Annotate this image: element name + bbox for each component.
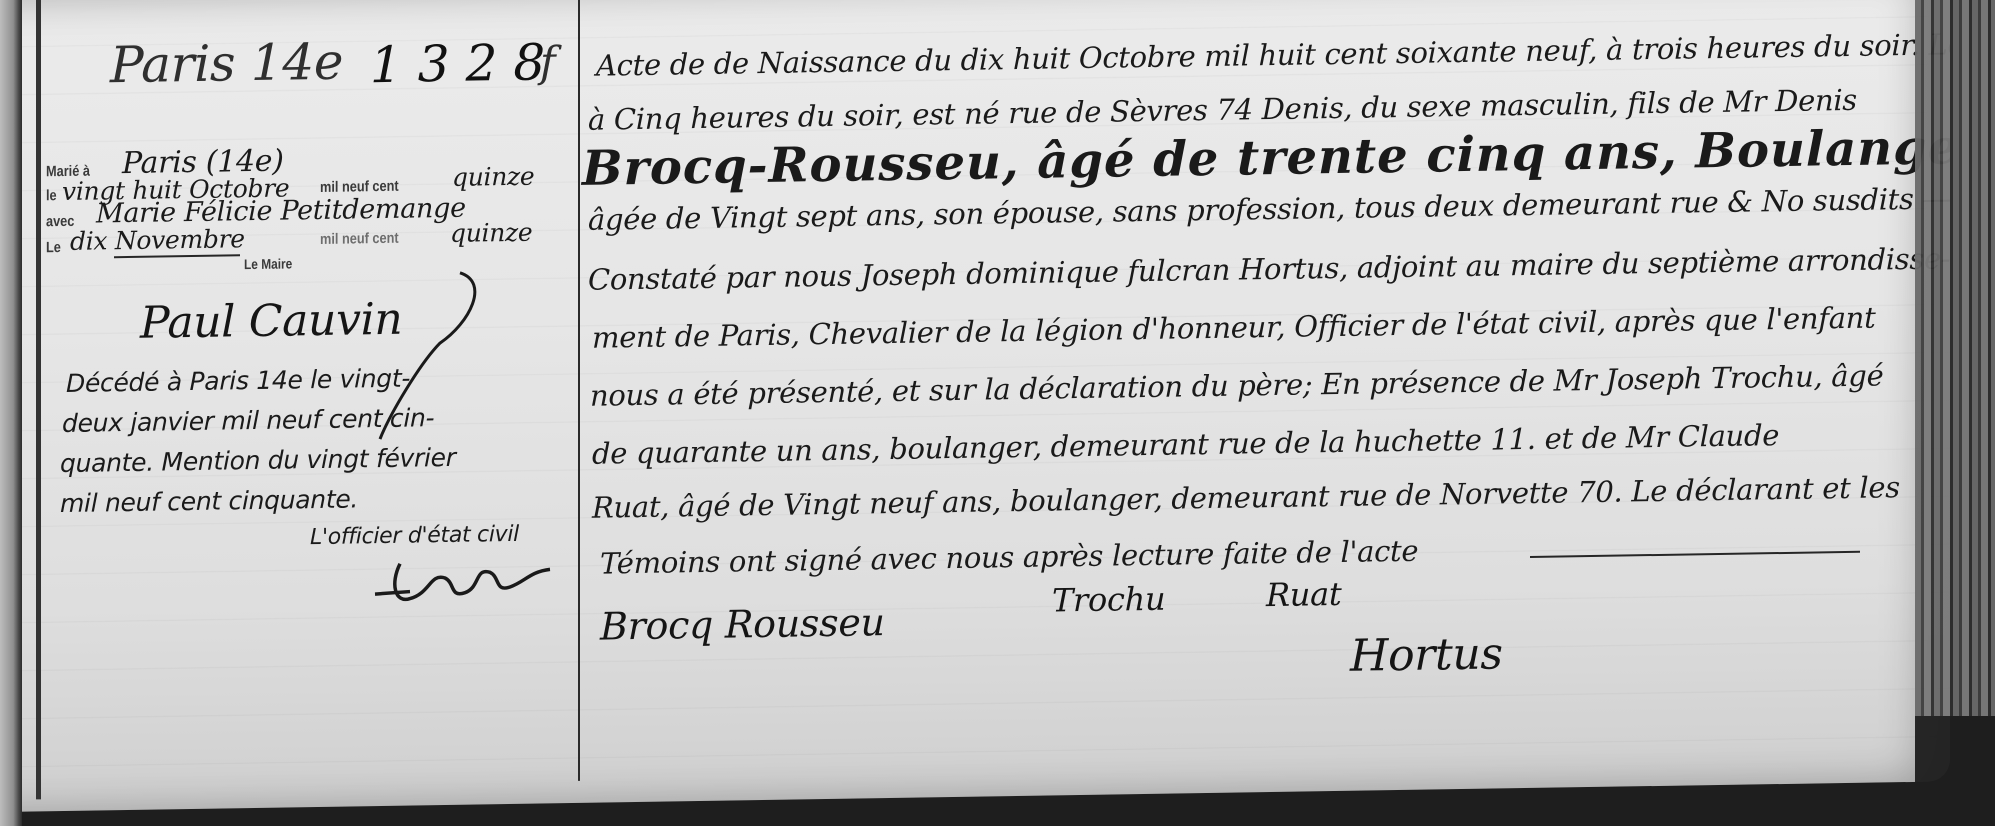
book-binding-right xyxy=(1915,0,1995,826)
body-line-5: Constaté par nous Joseph dominique fulcr… xyxy=(588,241,1950,296)
death-mention-line-2: deux janvier mil neuf cent cin- xyxy=(62,403,434,438)
label-mayor: Le Maire xyxy=(244,255,292,272)
body-line-1: Acte de de Naissance du dix huit Octobre… xyxy=(596,25,1995,83)
entry-mark: f xyxy=(540,37,555,86)
body-line-10: Témoins ont signé avec nous après lectur… xyxy=(600,534,1418,581)
death-mention-line-3: quante. Mention du vingt février xyxy=(60,443,456,478)
closing-rule xyxy=(1530,551,1860,558)
scanned-register-page: Paris 14e 1328 f Marié à Paris (14e) le … xyxy=(0,0,1995,826)
label-mention-date: Le xyxy=(46,239,61,256)
left-column-rule xyxy=(36,0,41,799)
death-mention-line-4: mil neuf cent cinquante. xyxy=(60,484,358,518)
margin-divider-rule xyxy=(578,0,580,781)
mention-date: dix Novembre xyxy=(70,224,245,256)
signature-witness-trochu: Trochu xyxy=(1052,580,1165,620)
death-officer-signature xyxy=(370,551,560,614)
body-line-8: de quarante un ans, boulanger, demeurant… xyxy=(592,418,1779,471)
death-officer-label: L'officier d'état civil xyxy=(310,522,519,550)
body-line-9: Ruat, âgé de Vingt neuf ans, boulanger, … xyxy=(592,470,1900,525)
marriage-year: quinze xyxy=(452,162,534,192)
printed-year-prefix-2: mil neuf cent xyxy=(320,230,399,248)
register-page: Paris 14e 1328 f Marié à Paris (14e) le … xyxy=(0,0,1950,812)
entry-number: 1328 xyxy=(370,33,561,94)
mention-year: quinze xyxy=(450,218,532,248)
death-mention-line-1: Décédé à Paris 14e le vingt- xyxy=(66,364,410,398)
book-binding-left xyxy=(0,0,22,826)
label-date-prefix: le xyxy=(46,187,57,204)
signature-father: Brocq Rousseu xyxy=(600,600,885,648)
signature-witness-ruat: Ruat xyxy=(1266,575,1341,614)
body-line-6: ment de Paris, Chevalier de la légion d'… xyxy=(592,301,1875,355)
spouse-name: Marie Félicie Petitdemange xyxy=(96,193,466,230)
signature-officer-hortus: Hortus xyxy=(1350,628,1503,681)
margin-place: Paris 14e xyxy=(110,33,343,95)
body-line-7: nous a été présenté, et sur la déclarati… xyxy=(590,358,1883,412)
